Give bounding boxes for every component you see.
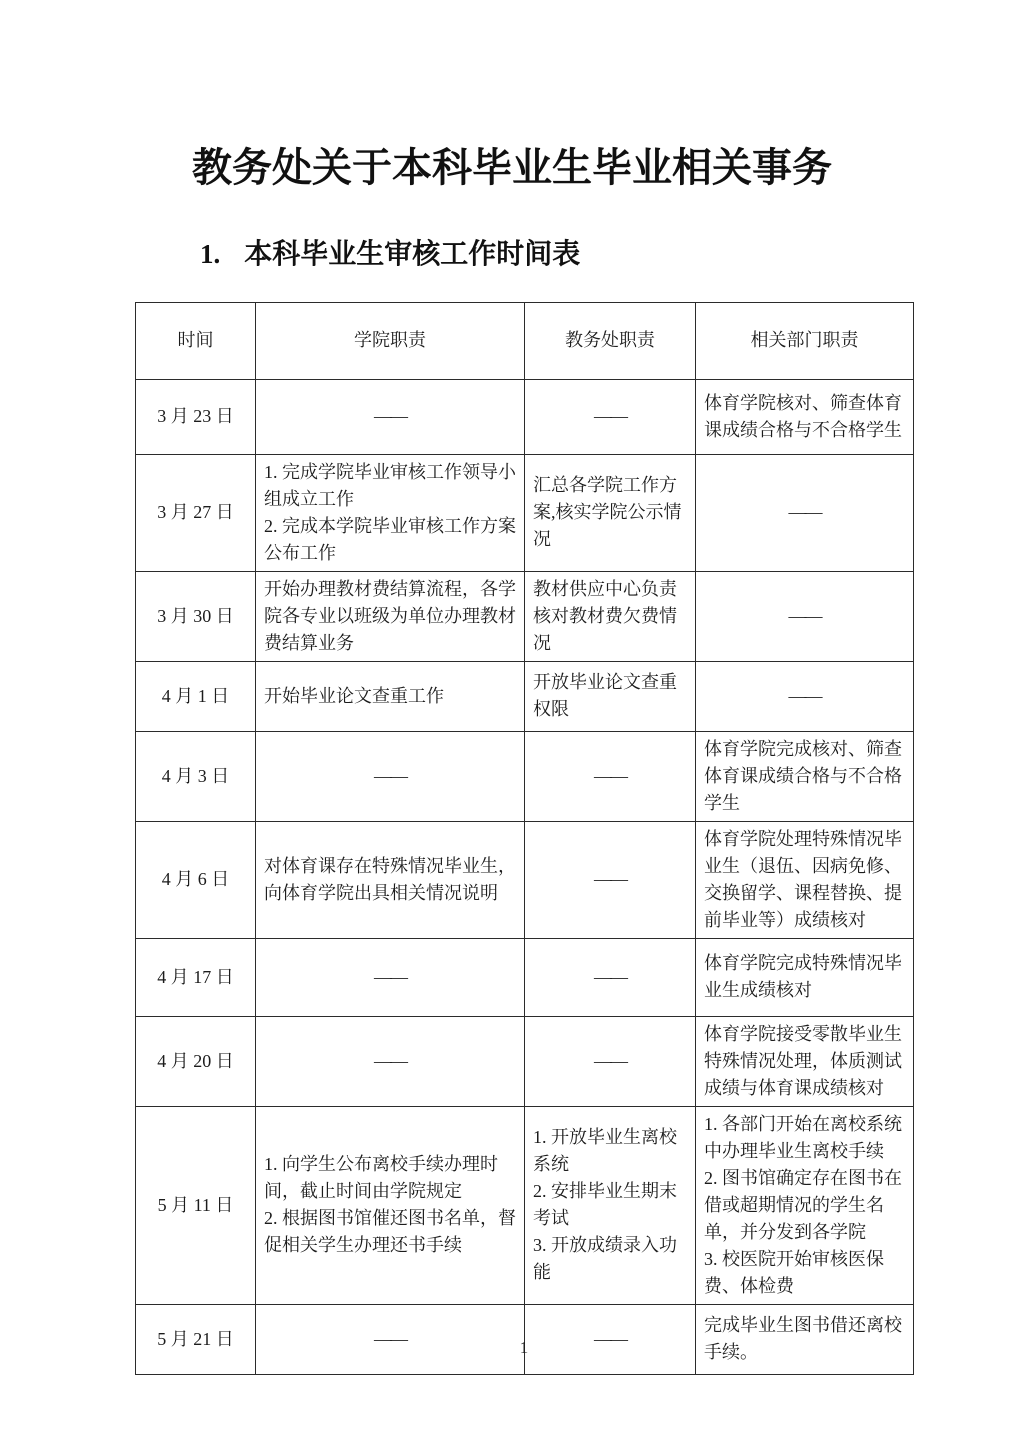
cell-academic-affairs-duties: 开放毕业论文查重权限 <box>525 661 696 731</box>
cell-college-duties: —— <box>256 938 525 1016</box>
cell-time: 4 月 17 日 <box>136 938 256 1016</box>
cell-academic-affairs-duties: 教材供应中心负责核对教材费欠费情况 <box>525 571 696 661</box>
table-row: 3 月 23 日 —— —— 体育学院核对、筛查体育课成绩合格与不合格学生 <box>136 379 914 454</box>
cell-related-departments-duties: 体育学院接受零散毕业生特殊情况处理，体质测试成绩与体育课成绩核对 <box>696 1016 914 1106</box>
table-row: 4 月 6 日 对体育课存在特殊情况毕业生，向体育学院出具相关情况说明 —— 体… <box>136 821 914 938</box>
section-heading: 1.本科毕业生审核工作时间表 <box>200 238 1024 272</box>
cell-related-departments-duties: —— <box>696 454 914 571</box>
table-row: 5 月 11 日 1. 向学生公布离校手续办理时间，截止时间由学院规定 2. 根… <box>136 1106 914 1304</box>
cell-college-duties: —— <box>256 379 525 454</box>
cell-academic-affairs-duties: 汇总各学院工作方案,核实学院公示情况 <box>525 454 696 571</box>
cell-related-departments-duties: —— <box>696 661 914 731</box>
col-header-time: 时间 <box>136 302 256 379</box>
schedule-table: 时间 学院职责 教务处职责 相关部门职责 3 月 23 日 —— —— 体育学院… <box>135 302 914 1375</box>
cell-time: 4 月 6 日 <box>136 821 256 938</box>
table-row: 3 月 30 日 开始办理教材费结算流程，各学院各专业以班级为单位办理教材费结算… <box>136 571 914 661</box>
document-title: 教务处关于本科毕业生毕业相关事务 <box>0 0 1024 194</box>
col-header-related-departments-duties: 相关部门职责 <box>696 302 914 379</box>
cell-related-departments-duties: 体育学院完成特殊情况毕业生成绩核对 <box>696 938 914 1016</box>
cell-academic-affairs-duties: —— <box>525 821 696 938</box>
cell-related-departments-duties: 体育学院处理特殊情况毕业生（退伍、因病免修、交换留学、课程替换、提前毕业等）成绩… <box>696 821 914 938</box>
table-row: 4 月 3 日 —— —— 体育学院完成核对、筛查体育课成绩合格与不合格学生 <box>136 731 914 821</box>
table-row: 3 月 27 日 1. 完成学院毕业审核工作领导小组成立工作 2. 完成本学院毕… <box>136 454 914 571</box>
cell-time: 4 月 1 日 <box>136 661 256 731</box>
table-row: 4 月 20 日 —— —— 体育学院接受零散毕业生特殊情况处理，体质测试成绩与… <box>136 1016 914 1106</box>
cell-academic-affairs-duties: —— <box>525 938 696 1016</box>
col-header-college-duties: 学院职责 <box>256 302 525 379</box>
cell-academic-affairs-duties: —— <box>525 379 696 454</box>
cell-college-duties: 1. 完成学院毕业审核工作领导小组成立工作 2. 完成本学院毕业审核工作方案公布… <box>256 454 525 571</box>
cell-time: 3 月 30 日 <box>136 571 256 661</box>
section-number: 1. <box>200 238 220 270</box>
cell-college-duties: 对体育课存在特殊情况毕业生，向体育学院出具相关情况说明 <box>256 821 525 938</box>
cell-college-duties: 开始毕业论文查重工作 <box>256 661 525 731</box>
cell-related-departments-duties: 1. 各部门开始在离校系统中办理毕业生离校手续 2. 图书馆确定存在图书在借或超… <box>696 1106 914 1304</box>
cell-college-duties: —— <box>256 731 525 821</box>
table-row: 4 月 17 日 —— —— 体育学院完成特殊情况毕业生成绩核对 <box>136 938 914 1016</box>
section-title: 本科毕业生审核工作时间表 <box>244 239 580 270</box>
cell-academic-affairs-duties: 1. 开放毕业生离校系统 2. 安排毕业生期末考试 3. 开放成绩录入功能 <box>525 1106 696 1304</box>
cell-time: 5 月 11 日 <box>136 1106 256 1304</box>
cell-academic-affairs-duties: —— <box>525 1016 696 1106</box>
cell-related-departments-duties: 体育学院完成核对、筛查体育课成绩合格与不合格学生 <box>696 731 914 821</box>
cell-college-duties: 1. 向学生公布离校手续办理时间，截止时间由学院规定 2. 根据图书馆催还图书名… <box>256 1106 525 1304</box>
cell-related-departments-duties: 体育学院核对、筛查体育课成绩合格与不合格学生 <box>696 379 914 454</box>
cell-time: 3 月 27 日 <box>136 454 256 571</box>
col-header-academic-affairs-duties: 教务处职责 <box>525 302 696 379</box>
cell-related-departments-duties: —— <box>696 571 914 661</box>
page-number: 1 <box>135 1338 913 1358</box>
cell-time: 4 月 20 日 <box>136 1016 256 1106</box>
table-header-row: 时间 学院职责 教务处职责 相关部门职责 <box>136 302 914 379</box>
schedule-table-wrapper: 时间 学院职责 教务处职责 相关部门职责 3 月 23 日 —— —— 体育学院… <box>135 302 913 1375</box>
document-page: 教务处关于本科毕业生毕业相关事务 1.本科毕业生审核工作时间表 时间 学院职责 … <box>0 0 1024 1448</box>
table-row: 4 月 1 日 开始毕业论文查重工作 开放毕业论文查重权限 —— <box>136 661 914 731</box>
cell-college-duties: —— <box>256 1016 525 1106</box>
cell-academic-affairs-duties: —— <box>525 731 696 821</box>
cell-college-duties: 开始办理教材费结算流程，各学院各专业以班级为单位办理教材费结算业务 <box>256 571 525 661</box>
cell-time: 3 月 23 日 <box>136 379 256 454</box>
cell-time: 4 月 3 日 <box>136 731 256 821</box>
